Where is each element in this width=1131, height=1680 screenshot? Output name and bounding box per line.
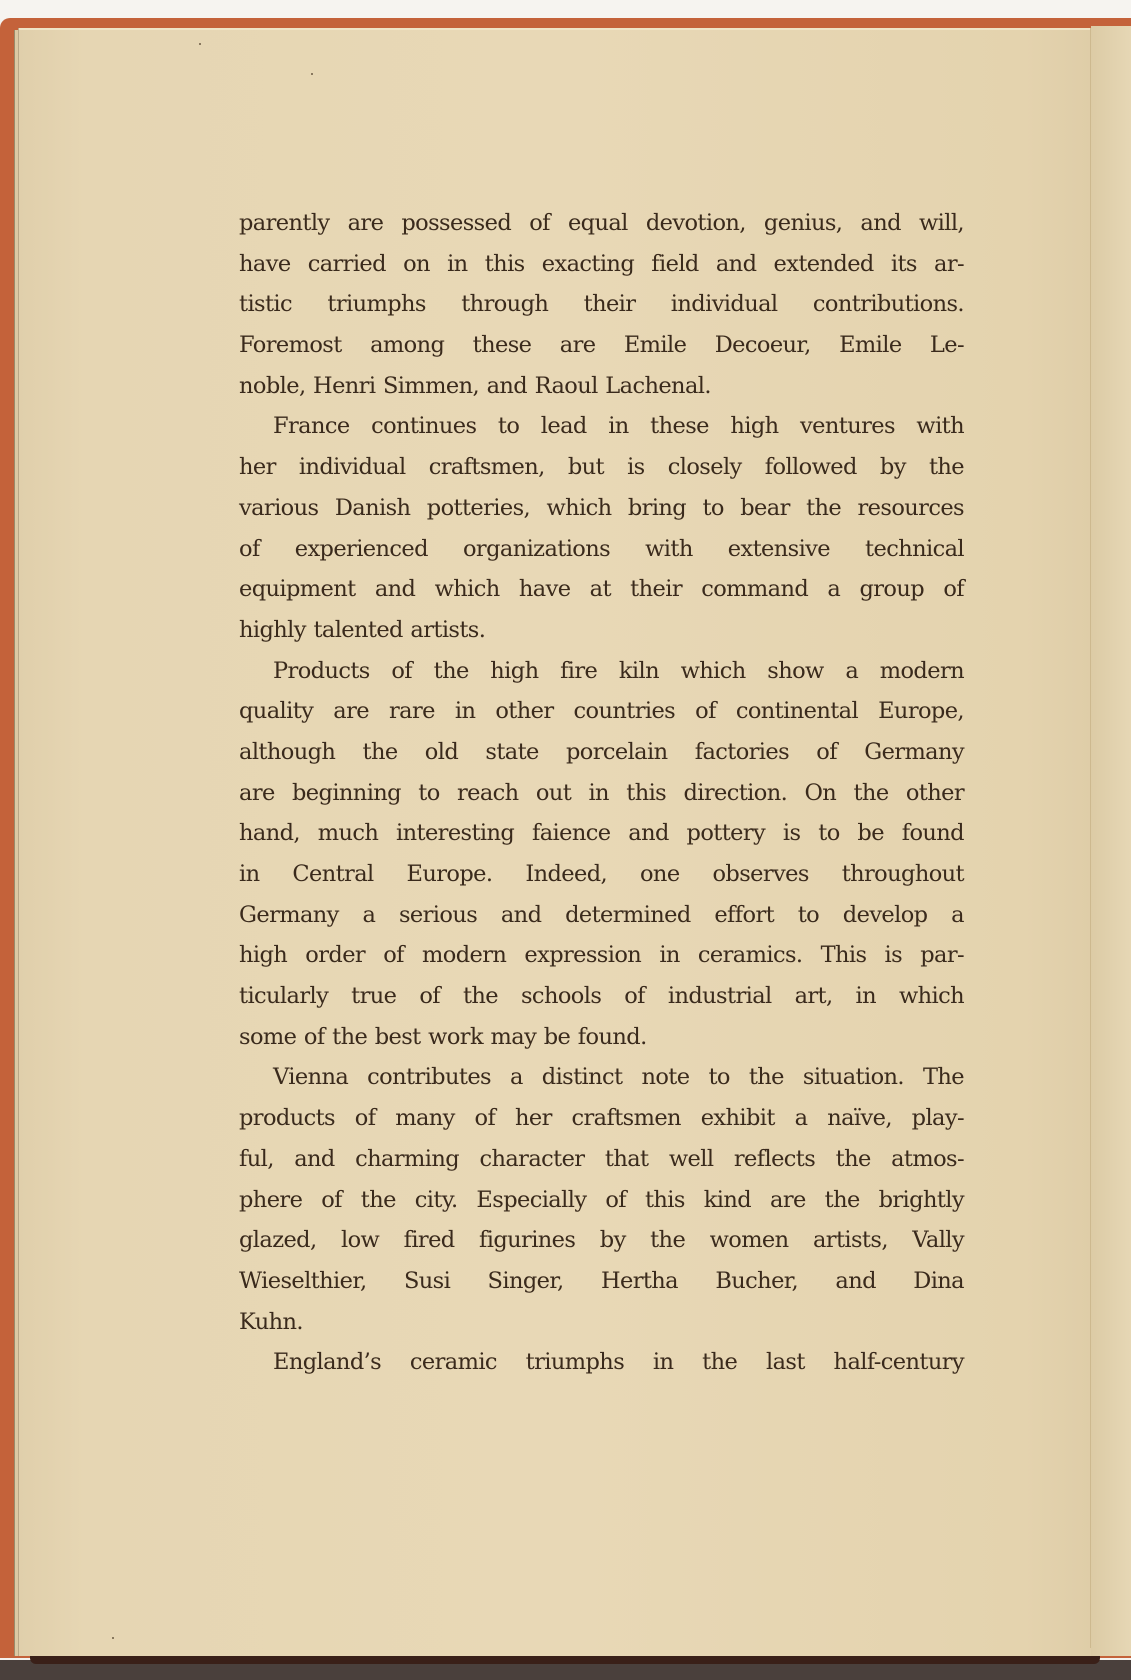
body-text: parently are possessed of equal devotion… [239, 203, 964, 1383]
text-line: equipment and which have at their comman… [239, 569, 964, 610]
paper-speck [112, 1637, 114, 1639]
text-line: of experienced organizations with extens… [239, 529, 964, 570]
text-line: highly talented artists. [239, 610, 964, 651]
text-line: France continues to lead in these high v… [239, 406, 964, 447]
text-line: phere of the city. Especially of this ki… [239, 1180, 964, 1221]
text-line: parently are possessed of equal devotion… [239, 203, 964, 244]
text-line: although the old state porcelain factori… [239, 732, 964, 773]
text-line: various Danish potteries, which bring to… [239, 488, 964, 529]
page-fold-flap [1091, 26, 1131, 1656]
paragraph-2: France continues to lead in these high v… [239, 406, 964, 650]
text-line: ful, and charming character that well re… [239, 1139, 964, 1180]
paragraph-4: Vienna contributes a distinct note to th… [239, 1057, 964, 1342]
text-line: have carried on in this exacting field a… [239, 244, 964, 285]
text-line: glazed, low fired figurines by the women… [239, 1220, 964, 1261]
text-line: quality are rare in other countries of c… [239, 691, 964, 732]
text-line: her individual craftsmen, but is closely… [239, 447, 964, 488]
text-line: Products of the high fire kiln which sho… [239, 651, 964, 692]
text-line: Germany a serious and determined effort … [239, 895, 964, 936]
text-line: tistic triumphs through their individual… [239, 284, 964, 325]
text-line: Vienna contributes a distinct note to th… [239, 1057, 964, 1098]
text-line: are beginning to reach out in this direc… [239, 773, 964, 814]
paper-speck [199, 43, 201, 45]
text-line: in Central Europe. Indeed, one observes … [239, 854, 964, 895]
text-line: noble, Henri Simmen, and Raoul Lachenal. [239, 366, 964, 407]
scanned-page: parently are possessed of equal devotion… [0, 0, 1131, 1680]
paper-speck [311, 73, 313, 75]
cover-bottom-edge [30, 1656, 1100, 1664]
paragraph-5: England’s ceramic triumphs in the last h… [239, 1342, 964, 1383]
paragraph-3: Products of the high fire kiln which sho… [239, 651, 964, 1058]
text-line: Foremost among these are Emile Decoeur, … [239, 325, 964, 366]
paragraph-1: parently are possessed of equal devotion… [239, 203, 964, 406]
text-line: high order of modern expression in ceram… [239, 935, 964, 976]
text-line: hand, much interesting faience and potte… [239, 813, 964, 854]
text-line: Wieselthier, Susi Singer, Hertha Bucher,… [239, 1261, 964, 1302]
text-line: some of the best work may be found. [239, 1017, 964, 1058]
page-fold-crease [1090, 28, 1091, 1648]
text-line: ticularly true of the schools of industr… [239, 976, 964, 1017]
text-line: England’s ceramic triumphs in the last h… [239, 1342, 964, 1383]
text-line: Kuhn. [239, 1302, 964, 1343]
scan-background-top [0, 0, 1131, 20]
text-line: products of many of her craftsmen exhibi… [239, 1098, 964, 1139]
